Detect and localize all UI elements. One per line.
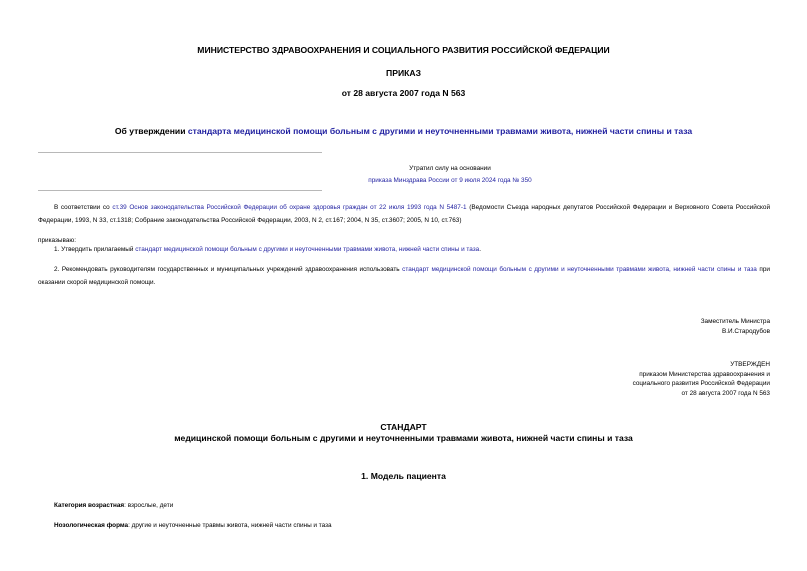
- approval-block: УТВЕРЖДЕН приказом Министерства здравоох…: [633, 360, 770, 398]
- document-type: ПРИКАЗ: [0, 68, 807, 78]
- status-note-text: Утратил силу на основании: [300, 163, 600, 175]
- preamble-law-link[interactable]: ст.39 Основ законодательства Российской …: [112, 204, 466, 211]
- signature-position: Заместитель Министра: [701, 317, 770, 327]
- title-link[interactable]: стандарта медицинской помощи больным с д…: [188, 126, 692, 136]
- field-nosological-form: Нозологическая форма: другие и неуточнен…: [54, 520, 332, 532]
- preamble-paragraph: В соответствии со ст.39 Основ законодате…: [38, 202, 770, 227]
- approval-title: УТВЕРЖДЕН: [633, 360, 770, 370]
- approval-line-3: от 28 августа 2007 года N 563: [633, 389, 770, 399]
- signature-block: Заместитель Министра В.И.Стародубов: [701, 317, 770, 336]
- standard-title: СТАНДАРТ: [0, 422, 807, 432]
- approval-line-1: приказом Министерства здравоохранения и: [633, 370, 770, 380]
- item-2-text-before: 2. Рекомендовать руководителям государст…: [54, 266, 402, 273]
- item-1-text-after: .: [479, 246, 481, 253]
- signature-name: В.И.Стародубов: [701, 327, 770, 337]
- status-note-link[interactable]: приказа Минздрава России от 9 июля 2024 …: [368, 177, 531, 184]
- field-age-category-value: : взрослые, дети: [124, 502, 173, 509]
- ministry-heading: МИНИСТЕРСТВО ЗДРАВООХРАНЕНИЯ И СОЦИАЛЬНО…: [0, 45, 807, 55]
- field-nosological-form-label: Нозологическая форма: [54, 522, 128, 529]
- item-2-standard-link[interactable]: стандарт медицинской помощи больным с др…: [402, 266, 757, 273]
- order-item-1: 1. Утвердить прилагаемый стандарт медици…: [38, 244, 770, 257]
- approval-line-2: социального развития Российской Федераци…: [633, 379, 770, 389]
- field-nosological-form-value: : другие и неуточненные травмы живота, н…: [128, 522, 332, 529]
- item-1-text-before: 1. Утвердить прилагаемый: [54, 246, 135, 253]
- standard-subtitle: медицинской помощи больным с другими и н…: [0, 433, 807, 443]
- divider-bottom: [38, 190, 322, 191]
- document-title: Об утверждении стандарта медицинской пом…: [0, 126, 807, 136]
- preamble-text-before: В соответствии со: [54, 204, 112, 211]
- order-item-2: 2. Рекомендовать руководителям государст…: [38, 264, 770, 289]
- item-1-standard-link[interactable]: стандарт медицинской помощи больным с др…: [135, 246, 479, 253]
- section-heading-patient-model: 1. Модель пациента: [0, 471, 807, 481]
- status-note: Утратил силу на основании приказа Минздр…: [300, 163, 600, 187]
- document-date-number: от 28 августа 2007 года N 563: [0, 88, 807, 98]
- field-age-category: Категория возрастная: взрослые, дети: [54, 500, 173, 512]
- field-age-category-label: Категория возрастная: [54, 502, 124, 509]
- title-prefix: Об утверждении: [115, 126, 188, 136]
- divider-top: [38, 152, 322, 153]
